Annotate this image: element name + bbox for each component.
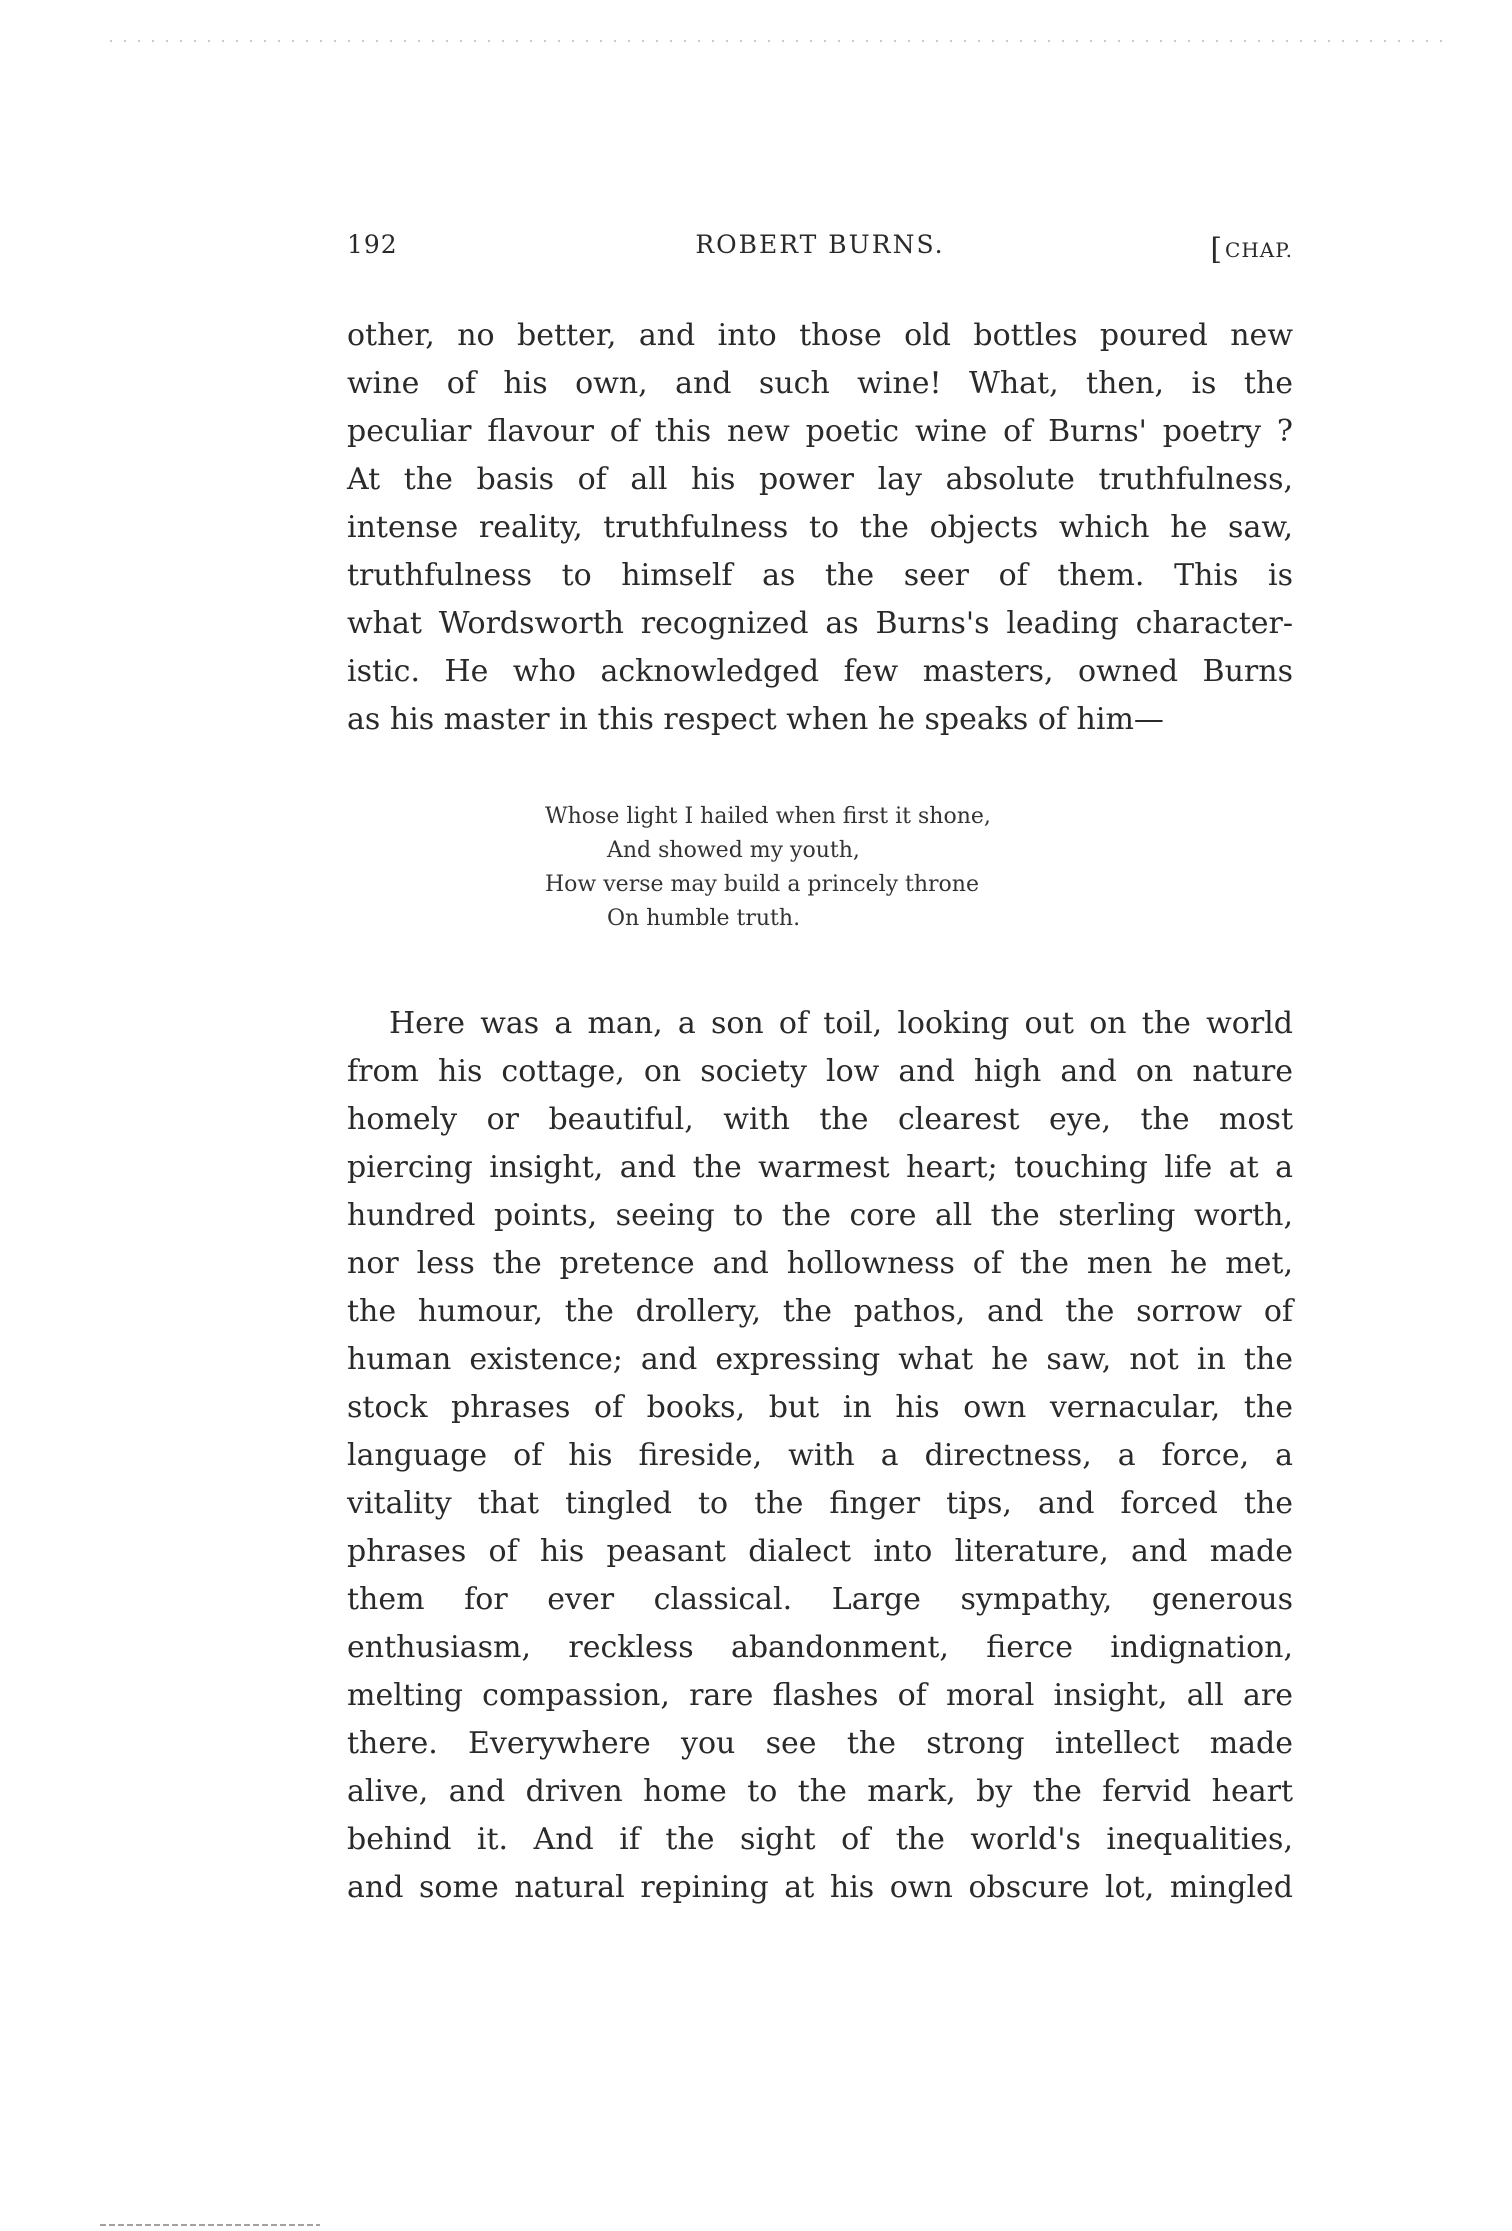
text-line: alive, and driven home to the mark, by t… [347,1768,1293,1816]
text-line: enthusiasm, reckless abandonment, fierce… [347,1624,1293,1672]
running-header: 192 ROBERT BURNS. [CHAP. [347,230,1293,270]
text-line: truthfulness to himself as the seer of t… [347,552,1293,600]
poem-line: Whose light I hailed when first it shone… [545,800,991,834]
text-line: hundred points, seeing to the core all t… [347,1192,1293,1240]
text-line: and some natural repining at his own obs… [347,1864,1293,1912]
text-line: peculiar flavour of this new poetic wine… [347,408,1293,456]
poem-line: And showed my youth, [545,834,991,868]
text-line: the humour, the drollery, the pathos, an… [347,1288,1293,1336]
bracket-glyph: [ [1210,232,1223,267]
text-line: Here was a man, a son of toil, looking o… [347,1000,1293,1048]
running-title: ROBERT BURNS. [347,230,1293,259]
text-line: language of his fireside, with a directn… [347,1432,1293,1480]
quoted-poem: Whose light I hailed when first it shone… [545,800,991,936]
paragraph-2: Here was a man, a son of toil, looking o… [347,1000,1293,1912]
scan-artifact-bottom [100,2224,320,2226]
text-line: phrases of his peasant dialect into lite… [347,1528,1293,1576]
text-line: what Wordsworth recognized as Burns's le… [347,600,1293,648]
text-line: wine of his own, and such wine! What, th… [347,360,1293,408]
poem-line: On humble truth. [545,902,991,936]
text-line: intense reality, truthfulness to the obj… [347,504,1293,552]
text-line: At the basis of all his power lay absolu… [347,456,1293,504]
paragraph-1: other, no better, and into those old bot… [347,312,1293,744]
text-line: homely or beautiful, with the clearest e… [347,1096,1293,1144]
text-line: istic. He who acknowledged few masters, … [347,648,1293,696]
text-line: vitality that tingled to the finger tips… [347,1480,1293,1528]
text-line: piercing insight, and the warmest heart;… [347,1144,1293,1192]
text-line: human existence; and expressing what he … [347,1336,1293,1384]
text-line: from his cottage, on society low and hig… [347,1048,1293,1096]
scan-artifact-top [110,40,1450,42]
chapter-marker: [CHAP. [1210,230,1293,265]
text-line: as his master in this respect when he sp… [347,696,1293,744]
text-line: other, no better, and into those old bot… [347,312,1293,360]
text-line: nor less the pretence and hollowness of … [347,1240,1293,1288]
text-line: them for ever classical. Large sympathy,… [347,1576,1293,1624]
text-line: stock phrases of books, but in his own v… [347,1384,1293,1432]
text-line: there. Everywhere you see the strong int… [347,1720,1293,1768]
text-line: melting compassion, rare flashes of mora… [347,1672,1293,1720]
text-line: behind it. And if the sight of the world… [347,1816,1293,1864]
poem-line: How verse may build a princely throne [545,868,991,902]
chapter-label: CHAP. [1225,238,1293,262]
